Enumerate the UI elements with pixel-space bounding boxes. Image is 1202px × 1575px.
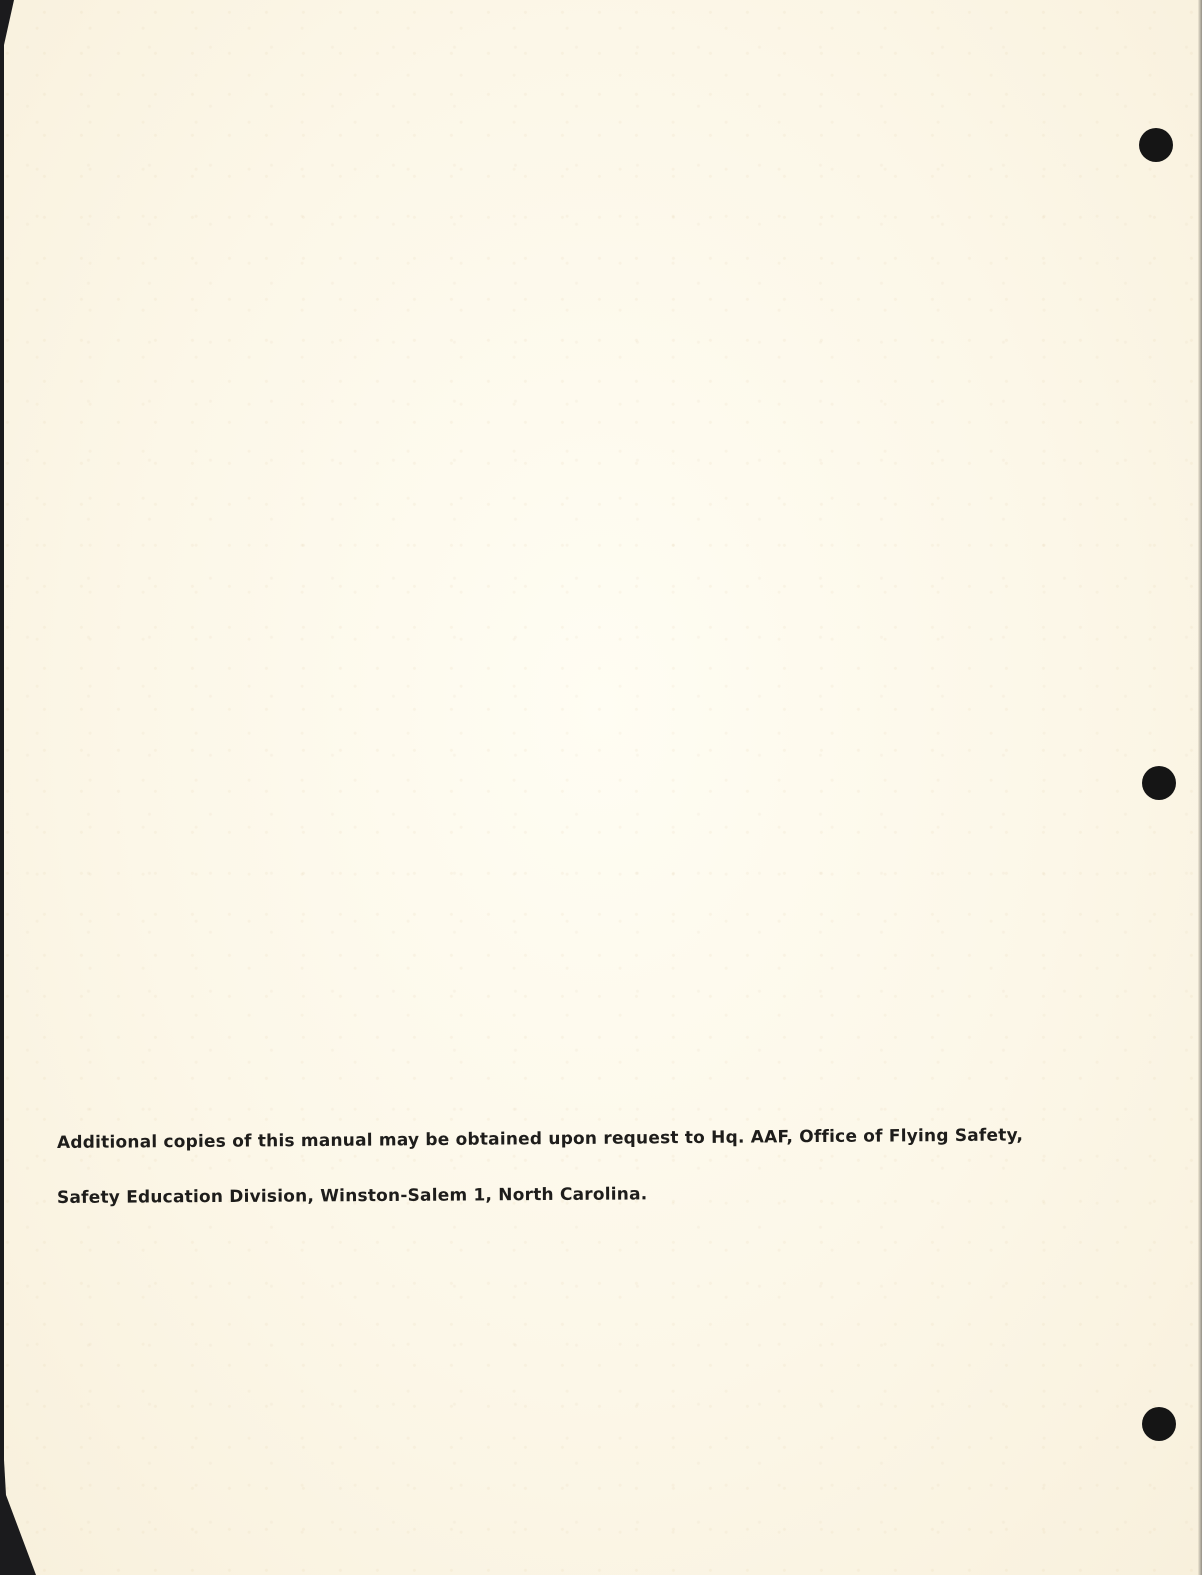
copies-availability-note: Additional copies of this manual may be … <box>57 1133 1017 1208</box>
page-edge-shadow <box>1198 0 1202 1575</box>
note-line-2: Safety Education Division, Winston-Salem… <box>57 1182 1017 1208</box>
binder-hole-top <box>1139 128 1173 162</box>
document-page: Additional copies of this manual may be … <box>0 0 1202 1575</box>
binder-hole-bottom <box>1142 1407 1176 1441</box>
binder-hole-middle <box>1142 766 1176 800</box>
note-line-1: Additional copies of this manual may be … <box>57 1125 1017 1153</box>
